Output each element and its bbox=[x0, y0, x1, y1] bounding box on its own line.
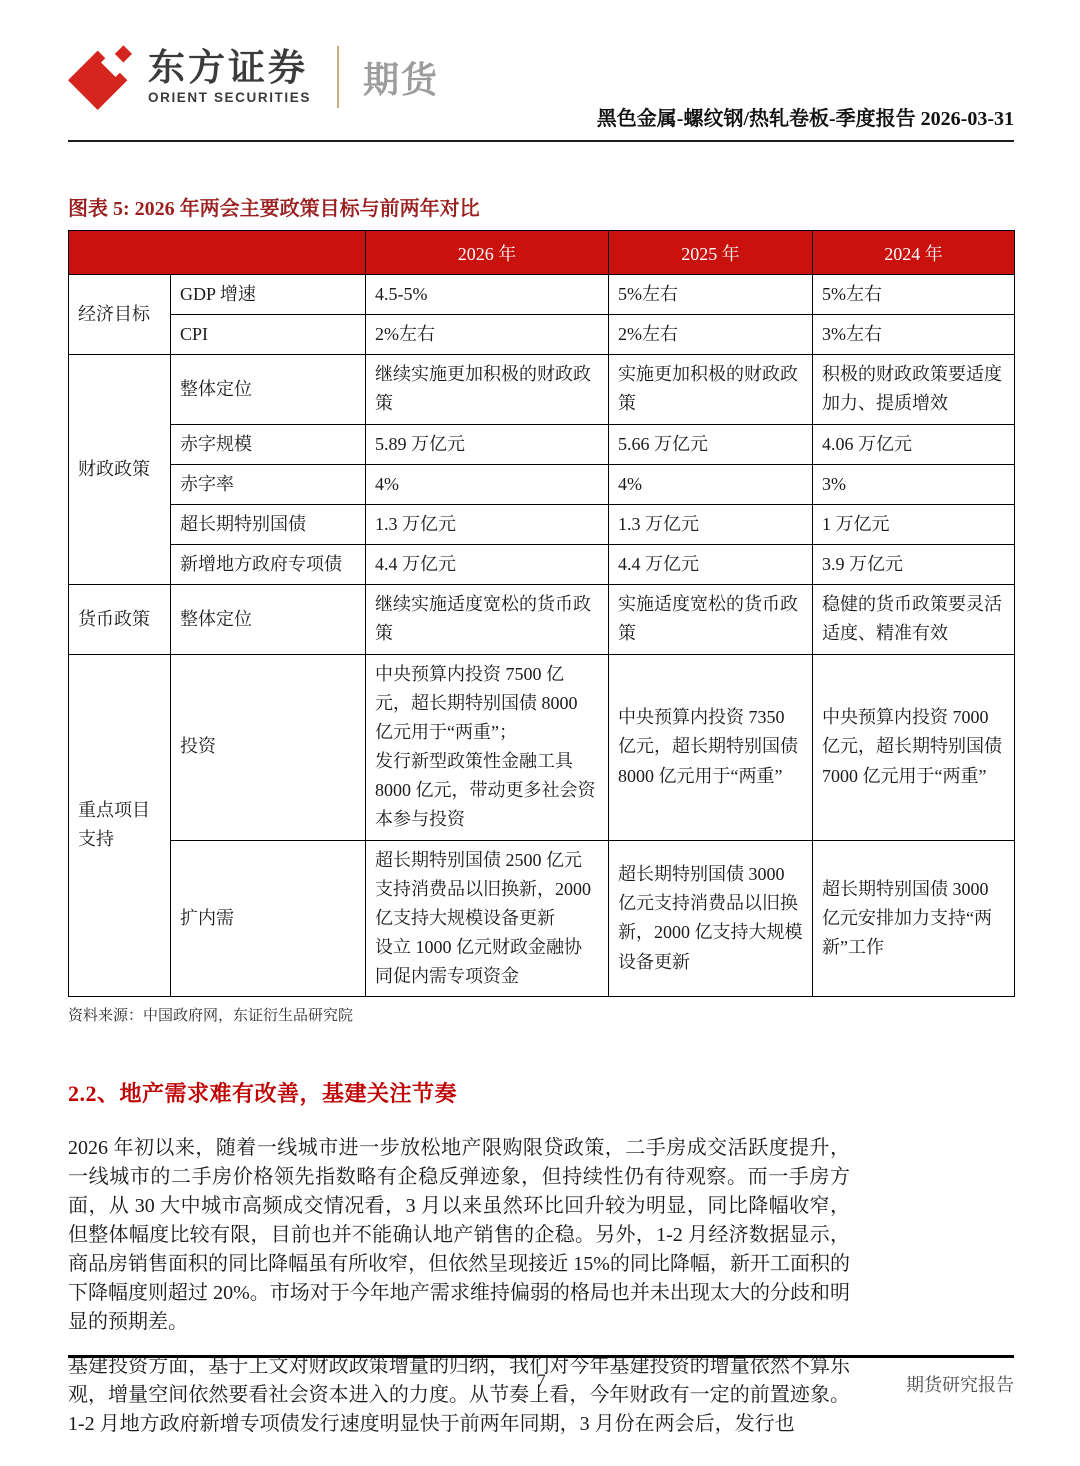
col-header-2026: 2026 年 bbox=[366, 231, 609, 275]
value-cell: 4.5-5% bbox=[366, 275, 609, 315]
col-header-empty bbox=[69, 231, 366, 275]
value-cell: 3% bbox=[813, 464, 1015, 504]
table-row: 扩内需 超长期特别国债 2500 亿元支持消费品以旧换新，2000 亿支持大规模… bbox=[69, 840, 1015, 997]
value-cell: 5%左右 bbox=[813, 275, 1015, 315]
header-rule bbox=[68, 140, 1014, 142]
table-row: 货币政策 整体定位 继续实施适度宽松的货币政策 实施适度宽松的货币政策 稳健的货… bbox=[69, 585, 1015, 654]
row-label: GDP 增速 bbox=[171, 275, 366, 315]
value-cell: 积极的财政政策要适度加力、提质增效 bbox=[813, 355, 1015, 424]
value-cell: 5.89 万亿元 bbox=[366, 424, 609, 464]
row-label: CPI bbox=[171, 315, 366, 355]
page-number: 7 bbox=[68, 1371, 1014, 1393]
row-label: 整体定位 bbox=[171, 355, 366, 424]
value-cell: 超长期特别国债 3000 亿元支持消费品以旧换新，2000 亿支持大规模设备更新 bbox=[609, 840, 813, 997]
value-cell: 中央预算内投资 7350 亿元，超长期特别国债 8000 亿元用于“两重” bbox=[609, 654, 813, 840]
value-cell: 3.9 万亿元 bbox=[813, 545, 1015, 585]
value-cell: 实施适度宽松的货币政策 bbox=[609, 585, 813, 654]
category-cell: 重点项目支持 bbox=[69, 654, 171, 997]
table-header-row: 2026 年 2025 年 2024 年 bbox=[69, 231, 1015, 275]
value-cell: 4% bbox=[609, 464, 813, 504]
value-cell: 3%左右 bbox=[813, 315, 1015, 355]
policy-comparison-table: 2026 年 2025 年 2024 年 经济目标 GDP 增速 4.5-5% … bbox=[68, 230, 1015, 997]
table-row: 财政政策 整体定位 继续实施更加积极的财政政策 实施更加积极的财政政策 积极的财… bbox=[69, 355, 1015, 424]
value-cell: 中央预算内投资 7500 亿元，超长期特别国债 8000 亿元用于“两重”； 发… bbox=[366, 654, 609, 840]
brand-futures-label: 期货 bbox=[363, 52, 439, 103]
table-row: 赤字规模 5.89 万亿元 5.66 万亿元 4.06 万亿元 bbox=[69, 424, 1015, 464]
row-label: 新增地方政府专项债 bbox=[171, 545, 366, 585]
row-label: 赤字规模 bbox=[171, 424, 366, 464]
value-cell: 实施更加积极的财政政策 bbox=[609, 355, 813, 424]
table-row: 新增地方政府专项债 4.4 万亿元 4.4 万亿元 3.9 万亿元 bbox=[69, 545, 1015, 585]
row-label: 赤字率 bbox=[171, 464, 366, 504]
page-footer: 7 期货研究报告 bbox=[68, 1355, 1014, 1393]
brand-name-en: ORIENT SECURITIES bbox=[148, 90, 311, 105]
value-cell: 1.3 万亿元 bbox=[366, 504, 609, 544]
body-paragraph: 2026 年初以来，随着一线城市进一步放松地产限购限贷政策，二手房成交活跃度提升… bbox=[68, 1134, 850, 1337]
value-cell: 继续实施适度宽松的货币政策 bbox=[366, 585, 609, 654]
section-heading: 2.2、地产需求难有改善，基建关注节奏 bbox=[68, 1077, 1014, 1108]
table-row: CPI 2%左右 2%左右 3%左右 bbox=[69, 315, 1015, 355]
value-cell: 超长期特别国债 2500 亿元支持消费品以旧换新，2000 亿支持大规模设备更新… bbox=[366, 840, 609, 997]
value-cell: 4.4 万亿元 bbox=[366, 545, 609, 585]
col-header-2025: 2025 年 bbox=[609, 231, 813, 275]
figure-title: 图表 5: 2026 年两会主要政策目标与前两年对比 bbox=[68, 192, 1014, 221]
value-cell: 4.06 万亿元 bbox=[813, 424, 1015, 464]
value-cell: 1.3 万亿元 bbox=[609, 504, 813, 544]
table-row: 重点项目支持 投资 中央预算内投资 7500 亿元，超长期特别国债 8000 亿… bbox=[69, 654, 1015, 840]
value-cell: 5.66 万亿元 bbox=[609, 424, 813, 464]
table-row: 经济目标 GDP 增速 4.5-5% 5%左右 5%左右 bbox=[69, 275, 1015, 315]
value-cell: 超长期特别国债 3000 亿元安排加力支持“两新”工作 bbox=[813, 840, 1015, 997]
row-label: 整体定位 bbox=[171, 585, 366, 654]
value-cell: 中央预算内投资 7000 亿元，超长期特别国债 7000 亿元用于“两重” bbox=[813, 654, 1015, 840]
brand-name-cn: 东方证券 bbox=[148, 49, 311, 88]
value-cell: 2%左右 bbox=[609, 315, 813, 355]
footer-report-type: 期货研究报告 bbox=[906, 1371, 1014, 1397]
category-cell: 财政政策 bbox=[69, 355, 171, 585]
row-label: 投资 bbox=[171, 654, 366, 840]
brand-text: 东方证券 ORIENT SECURITIES bbox=[148, 49, 311, 106]
value-cell: 4.4 万亿元 bbox=[609, 545, 813, 585]
value-cell: 4% bbox=[366, 464, 609, 504]
value-cell: 稳健的货币政策要灵活适度、精准有效 bbox=[813, 585, 1015, 654]
value-cell: 1 万亿元 bbox=[813, 504, 1015, 544]
row-label: 扩内需 bbox=[171, 840, 366, 997]
figure-source: 资料来源：中国政府网，东证衍生品研究院 bbox=[68, 1004, 1014, 1025]
row-label: 超长期特别国债 bbox=[171, 504, 366, 544]
value-cell: 5%左右 bbox=[609, 275, 813, 315]
orient-securities-logo-icon bbox=[68, 44, 134, 110]
report-title-line: 黑色金属-螺纹钢/热轧卷板-季度报告 2026-03-31 bbox=[68, 102, 1014, 131]
report-page: 东方证券 ORIENT SECURITIES 期货 黑色金属-螺纹钢/热轧卷板-… bbox=[0, 0, 1080, 1466]
value-cell: 继续实施更加积极的财政政策 bbox=[366, 355, 609, 424]
table-row: 赤字率 4% 4% 3% bbox=[69, 464, 1015, 504]
table-row: 超长期特别国债 1.3 万亿元 1.3 万亿元 1 万亿元 bbox=[69, 504, 1015, 544]
category-cell: 经济目标 bbox=[69, 275, 171, 355]
category-cell: 货币政策 bbox=[69, 585, 171, 654]
brand-divider bbox=[337, 46, 339, 108]
value-cell: 2%左右 bbox=[366, 315, 609, 355]
col-header-2024: 2024 年 bbox=[813, 231, 1015, 275]
